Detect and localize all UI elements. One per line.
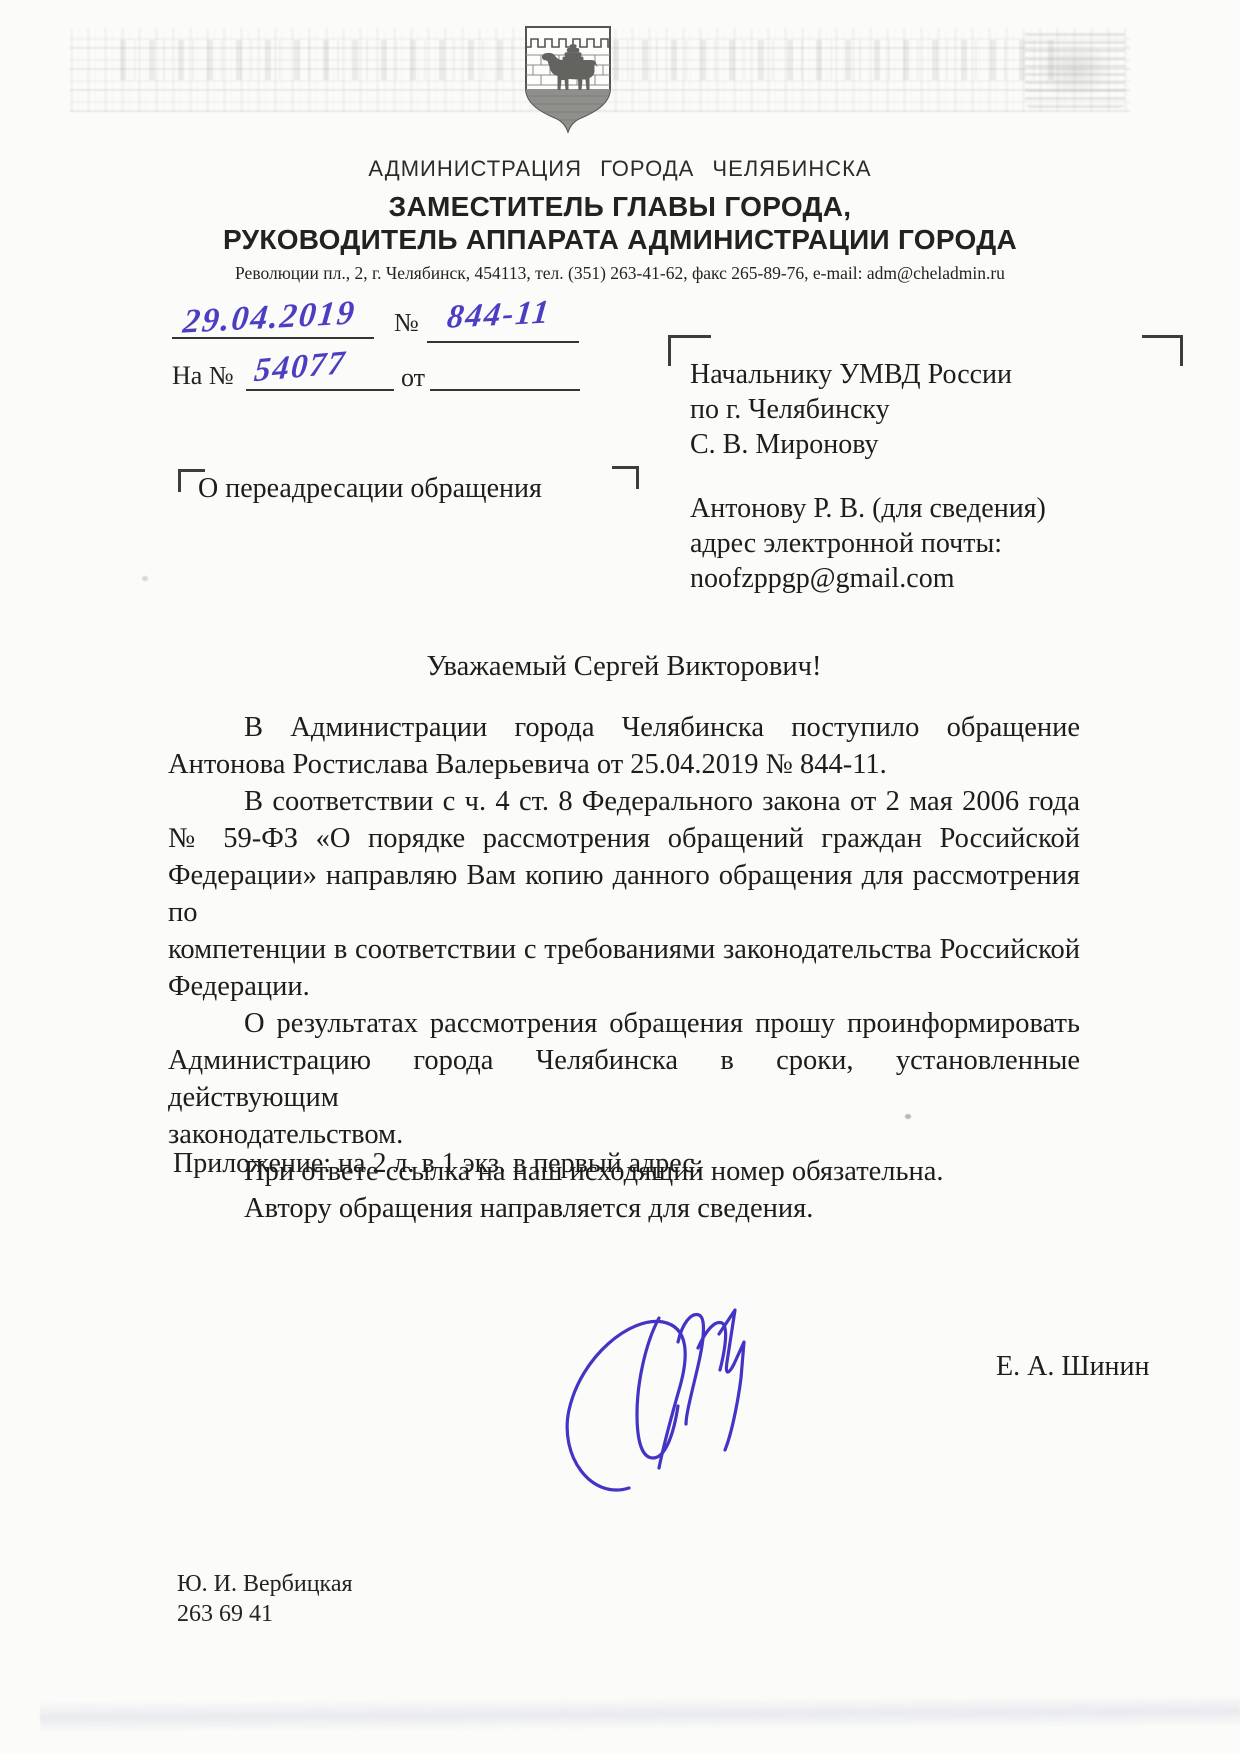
body-line: Антонова Ростислава Валерьевича от 25.04… xyxy=(168,746,1080,783)
in-reply-number-handwritten: 54077 xyxy=(253,345,348,390)
outgoing-number-handwritten: 844-11 xyxy=(445,294,552,337)
scan-noise-bottom-band xyxy=(40,1695,1240,1731)
scanned-letter-page: АДМИНИСТРАЦИЯ ГОРОДА ЧЕЛЯБИНСКА ЗАМЕСТИТ… xyxy=(0,0,1240,1754)
recipient-line: по г. Челябинску xyxy=(690,392,1046,427)
body-line: В соответствии с ч. 4 ст. 8 Федерального… xyxy=(168,783,1080,820)
org-title-line2: РУКОВОДИТЕЛЬ АППАРАТА АДМИНИСТРАЦИИ ГОРО… xyxy=(0,224,1240,256)
signer-name: Е. А. Шинин xyxy=(996,1351,1150,1383)
recipient-email: noofzppgp@gmail.com xyxy=(690,561,1046,596)
address-zone-corner-top-right xyxy=(1142,335,1183,366)
scan-noise-blob xyxy=(1025,30,1125,108)
subject-line: О переадресации обращения xyxy=(198,473,542,505)
in-reply-underline xyxy=(246,388,394,391)
body-line: В Администрации города Челябинска поступ… xyxy=(168,709,1080,746)
recipient-line: адрес электронной почты: xyxy=(690,526,1046,561)
chelyabinsk-camel-coat-of-arms-icon xyxy=(521,24,615,136)
body-line: Автору обращения направляется для сведен… xyxy=(168,1190,1080,1227)
org-name: АДМИНИСТРАЦИЯ ГОРОДА ЧЕЛЯБИНСКА xyxy=(0,156,1240,182)
scan-speck xyxy=(142,576,148,581)
body-line: компетенции в соответствии с требованиям… xyxy=(168,931,1080,968)
body-line: О результатах рассмотрения обращения про… xyxy=(168,1005,1080,1042)
recipient-line: С. В. Миронову xyxy=(690,427,1046,462)
attachment-note: Приложение: на 2 л. в 1 экз. в первый ад… xyxy=(173,1148,702,1180)
outgoing-date-handwritten: 29.04.2019 xyxy=(181,294,358,341)
salutation: Уважаемый Сергей Викторович! xyxy=(168,651,1080,683)
body-line: Федерации» направляю Вам копию данного о… xyxy=(168,857,1080,931)
recipient-gap xyxy=(690,462,1046,491)
from-label: от xyxy=(401,363,425,393)
org-contacts-line: Революции пл., 2, г. Челябинск, 454113, … xyxy=(0,263,1240,284)
number-sign-label: № xyxy=(394,308,419,338)
executor-name: Ю. И. Вербицкая xyxy=(177,1569,353,1599)
recipient-line: Начальнику УМВД России xyxy=(690,357,1046,392)
executor-block: Ю. И. Вербицкая 263 69 41 xyxy=(177,1569,353,1629)
from-underline xyxy=(430,388,580,391)
subject-corner-top-right xyxy=(612,466,639,489)
in-reply-label: На № xyxy=(172,361,234,391)
body-line: Администрацию города Челябинска в сроки,… xyxy=(168,1042,1080,1116)
recipient-line: Антонову Р. В. (для сведения) xyxy=(690,491,1046,526)
executor-phone: 263 69 41 xyxy=(177,1599,353,1629)
signature-ink-scribble xyxy=(543,1290,795,1498)
date-underline xyxy=(172,336,374,339)
org-title-line1: ЗАМЕСТИТЕЛЬ ГЛАВЫ ГОРОДА, xyxy=(0,191,1240,223)
number-underline xyxy=(427,340,579,343)
body-line: № 59-ФЗ «О порядке рассмотрения обращени… xyxy=(168,820,1080,857)
body-line: Федерации. xyxy=(168,968,1080,1005)
recipient-block: Начальнику УМВД России по г. Челябинску … xyxy=(690,357,1046,596)
